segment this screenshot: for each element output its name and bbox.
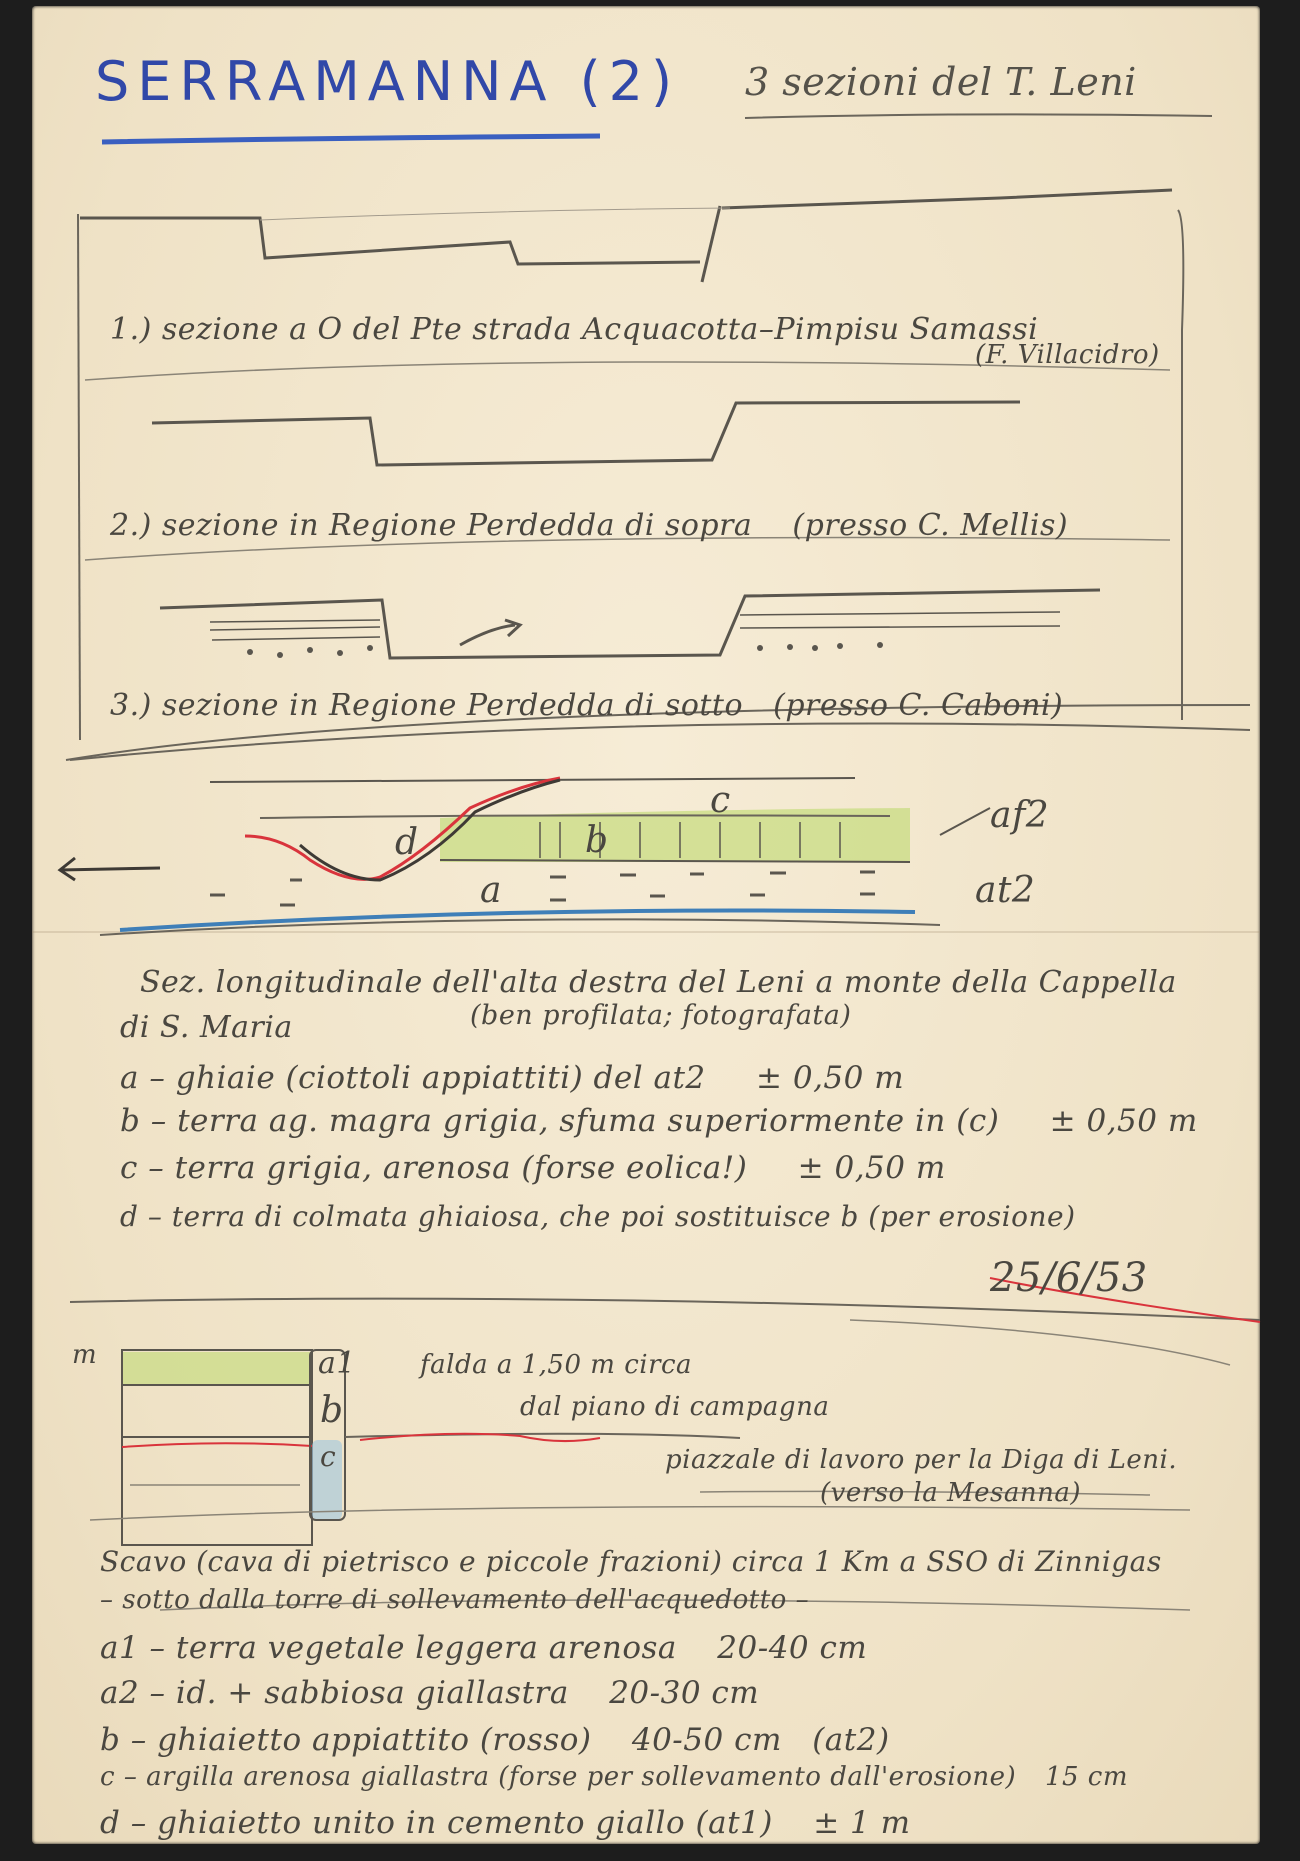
layer-label-a: a <box>480 870 502 911</box>
quarry-line2: – sotto dalla torre di sollevamento dell… <box>100 1585 809 1615</box>
site-note-line1: piazzale di lavoro per la Diga di Leni. <box>665 1445 1177 1475</box>
layer-label-c: c <box>710 780 731 821</box>
legend-item-a: a – ghiaie (ciottoli appiattiti) del at2… <box>120 1060 904 1096</box>
layer-label-d: d <box>395 822 419 863</box>
page-subtitle: 3 sezioni del T. Leni <box>745 60 1137 104</box>
page-fold <box>32 931 1260 933</box>
section-3-caption: 3.) sezione in Regione Perdedda di sotto… <box>110 688 1063 723</box>
column-label-b: b <box>320 1390 344 1431</box>
longitudinal-caption-line1: Sez. longitudinale dell'alta destra del … <box>140 965 1177 1000</box>
quarry-legend-c: c – argilla arenosa giallastra (forse pe… <box>100 1762 1128 1792</box>
section-number: 3.) <box>110 688 152 723</box>
legend-item-c: c – terra grigia, arenosa (forse eolica!… <box>120 1150 946 1186</box>
site-note-line2: (verso la Mesanna) <box>820 1478 1081 1508</box>
scale-mark: m <box>72 1340 97 1370</box>
quarry-legend-a2: a2 – id. + sabbiosa giallastra 20-30 cm <box>100 1675 759 1711</box>
section-2-caption: 2.) sezione in Regione Perdedda di sopra… <box>110 508 1068 543</box>
quarry-legend-a1: a1 – terra vegetale leggera arenosa 20-4… <box>100 1630 867 1666</box>
section-1-caption: 1.) sezione a O del Pte strada Acquacott… <box>110 312 1038 347</box>
section-note: (presso C. Caboni) <box>773 688 1063 723</box>
entry-date: 25/6/53 <box>990 1255 1148 1301</box>
section-number: 2.) <box>110 508 152 543</box>
section-number: 1.) <box>110 312 152 347</box>
legend-item-b: b – terra ag. magra grigia, sfuma superi… <box>120 1103 1198 1139</box>
page-title: SERRAMANNA (2) <box>95 50 680 113</box>
quarry-legend-b: b – ghiaietto appiattito (rosso) 40-50 c… <box>100 1722 890 1758</box>
section-1-note: (F. Villacidro) <box>975 340 1160 370</box>
quarry-legend-d: d – ghiaietto unito in cemento giallo (a… <box>100 1805 911 1841</box>
column-label-a: a1 <box>318 1346 356 1381</box>
column-label-c: c <box>320 1440 336 1473</box>
water-table-note-line2: dal piano di campagna <box>520 1392 829 1422</box>
section-caption-text: sezione in Regione Perdedda di sopra <box>162 508 752 543</box>
terrace-label-at2: at2 <box>975 870 1035 911</box>
quarry-line1: Scavo (cava di pietrisco e piccole frazi… <box>100 1545 1162 1578</box>
longitudinal-caption-line2-right: (ben profilata; fotografata) <box>470 1000 851 1031</box>
legend-item-d: d – terra di colmata ghiaiosa, che poi s… <box>120 1200 1076 1233</box>
section-caption-text: sezione in Regione Perdedda di sotto <box>162 688 743 723</box>
longitudinal-caption-line2-left: di S. Maria <box>120 1010 293 1045</box>
section-caption-text: sezione a O del Pte strada Acquacotta–Pi… <box>162 312 1038 347</box>
terrace-label-af2: af2 <box>990 795 1049 836</box>
layer-label-b: b <box>585 820 609 861</box>
water-table-note-line1: falda a 1,50 m circa <box>420 1350 692 1380</box>
section-note: (presso C. Mellis) <box>792 508 1068 543</box>
